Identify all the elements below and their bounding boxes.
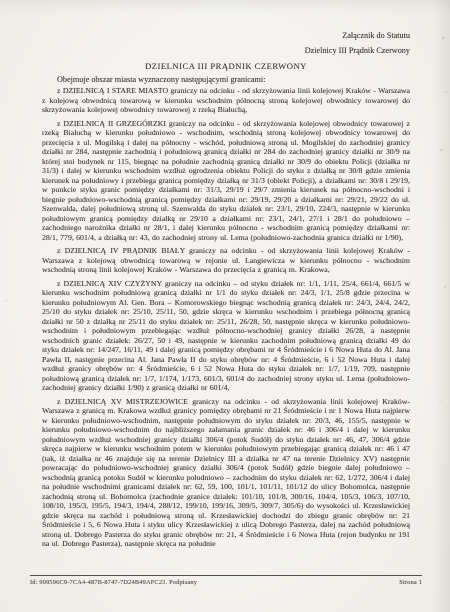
boundary-paragraph-stare-miasto: z DZIELNICĄ I STARE MIASTO graniczy na o… [42,86,410,115]
page-footer: Id: 909596C9-7CA4-487B-8747-7D24B49AFC23… [30,575,422,586]
document-page: Załącznik do Statutu Dzielnicy III Prądn… [0,0,450,612]
attachment-note-line2: Dzielnicy III Prądnik Czerwony [42,43,410,58]
intro-text: Obejmuje obszar miasta wyznaczony następ… [42,73,410,86]
attachment-note-line1: Załącznik do Statutu [42,28,410,43]
boundary-paragraph-pradnik-bialy: z DZIELNICĄ IV PRĄDNIK BIAŁY graniczy na… [42,246,410,275]
attachment-note: Załącznik do Statutu Dzielnicy III Prądn… [42,28,410,58]
boundary-paragraph-czyzyny: z DZIELNICĄ XIV CZYŻYNY graniczy na odci… [42,279,410,393]
page-title: DZIELNICA III PRĄDNIK CZERWONY [42,59,410,73]
document-id: Id: 909596C9-7CA4-487B-8747-7D24B49AFC23… [30,579,197,586]
boundary-paragraph-grzegorzki: z DZIELNICĄ II GRZEGÓRZKI graniczy na od… [42,119,410,243]
boundary-paragraph-mistrzejowice: z DZIELNICĄ XV MISTRZEJOWICE graniczy na… [42,397,410,549]
page-number: Strona 1 [399,579,422,586]
